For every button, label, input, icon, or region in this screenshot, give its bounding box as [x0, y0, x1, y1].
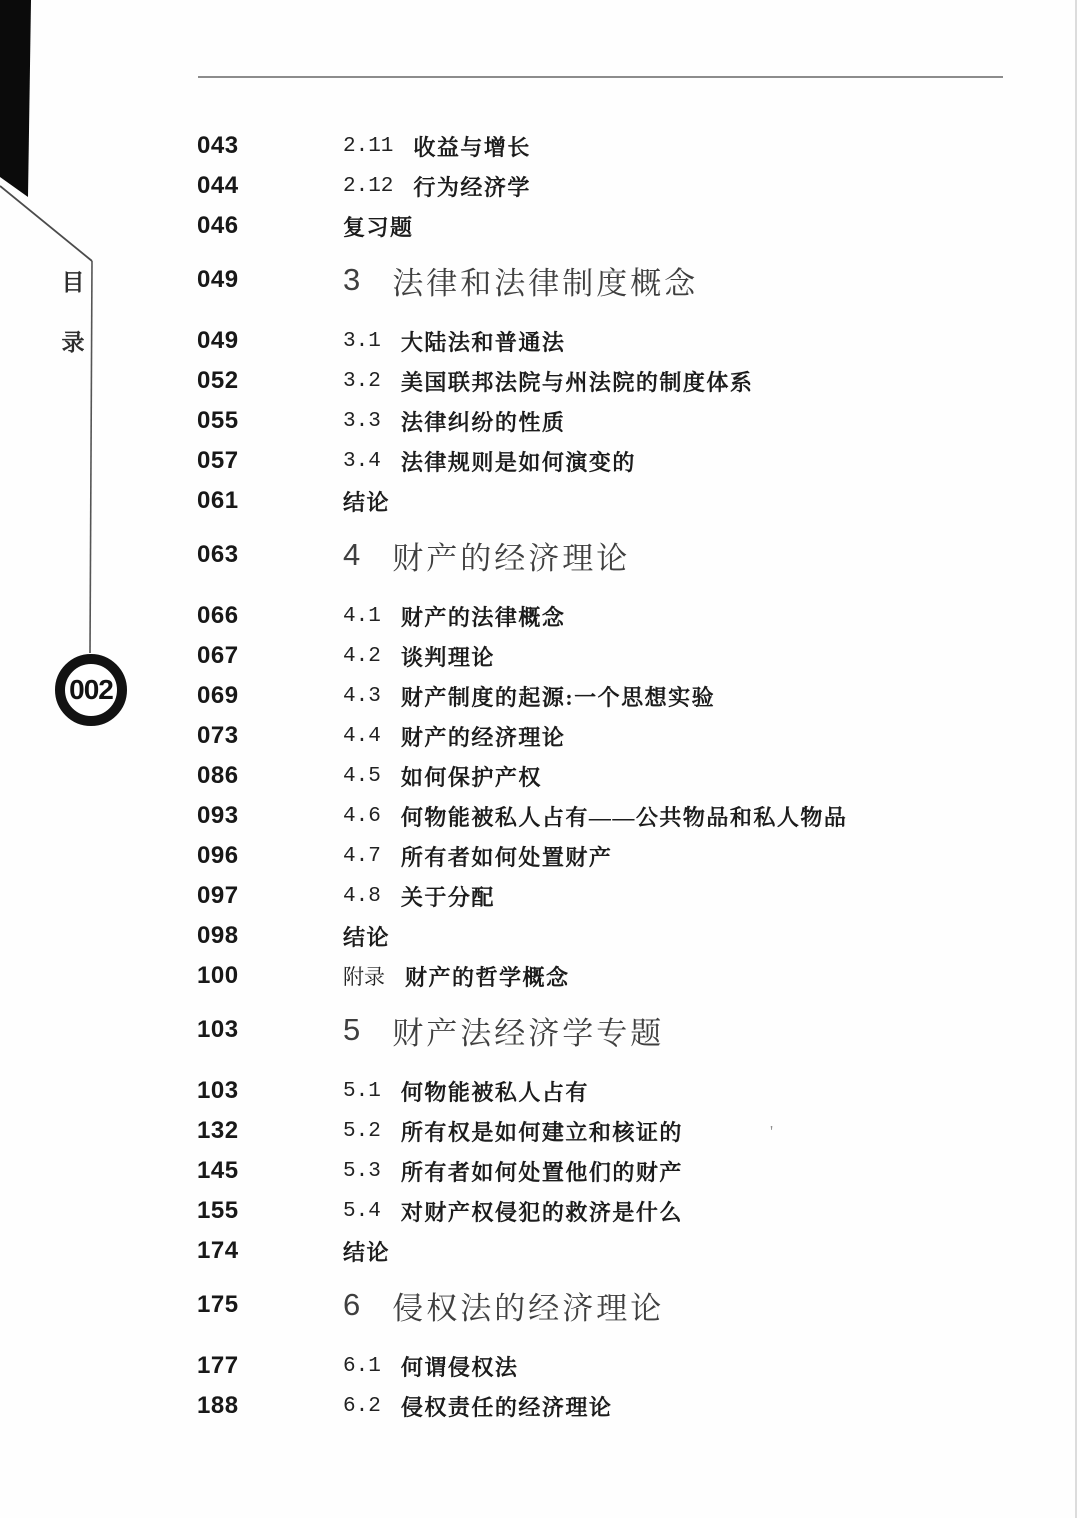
- toc-section-number: 5.4: [343, 1200, 381, 1223]
- toc-section-title: 法律规则是如何演变的: [401, 446, 636, 477]
- toc-row: 100 附录 财产的哲学概念: [0, 956, 1080, 996]
- toc-page-number: 145: [197, 1157, 343, 1185]
- toc-row: 066 4.1 财产的法律概念: [0, 596, 1080, 636]
- toc-section-number: 4.5: [343, 765, 381, 788]
- toc-section-number: 4.1: [343, 605, 381, 628]
- toc-list: 043 2.11 收益与增长 044 2.12 行为经济学 046 复习题 04…: [0, 126, 1080, 1426]
- top-rule: [198, 76, 1003, 78]
- toc-section-number: 3: [343, 262, 360, 298]
- toc-row: 098 结论: [0, 916, 1080, 956]
- toc-section-title: 所有者如何处置财产: [401, 841, 613, 872]
- toc-row: 174 结论: [0, 1231, 1080, 1271]
- toc-page-number: 044: [197, 172, 343, 200]
- toc-page-number: 100: [197, 962, 343, 990]
- toc-row: 061 结论: [0, 481, 1080, 521]
- toc-row: 044 2.12 行为经济学: [0, 166, 1080, 206]
- toc-row: 103 5 财产法经济学专题: [0, 1002, 1080, 1058]
- toc-page-number: 057: [197, 447, 343, 475]
- toc-page-number: 093: [197, 802, 343, 830]
- toc-section-title: 大陆法和普通法: [401, 326, 566, 357]
- toc-row: 097 4.8 关于分配: [0, 876, 1080, 916]
- toc-section-number: 3.3: [343, 410, 381, 433]
- toc-row: 155 5.4 对财产权侵犯的救济是什么: [0, 1191, 1080, 1231]
- toc-section-number: 附录: [343, 961, 385, 991]
- toc-row: 046 复习题: [0, 206, 1080, 246]
- toc-section-title: 关于分配: [401, 881, 495, 912]
- toc-row: 052 3.2 美国联邦法院与州法院的制度体系: [0, 361, 1080, 401]
- toc-row: 049 3 法律和法律制度概念: [0, 252, 1080, 308]
- toc-section-number: 3.1: [343, 330, 381, 353]
- toc-section-number: 4.6: [343, 805, 381, 828]
- toc-page-number: 086: [197, 762, 343, 790]
- toc-row: 177 6.1 何谓侵权法: [0, 1346, 1080, 1386]
- toc-page-number: 103: [197, 1016, 343, 1044]
- toc-page-number: 096: [197, 842, 343, 870]
- toc-row: 096 4.7 所有者如何处置财产: [0, 836, 1080, 876]
- toc-page-number: 049: [197, 266, 343, 294]
- toc-section-number: 4.7: [343, 845, 381, 868]
- toc-page-number: 097: [197, 882, 343, 910]
- toc-section-number: 4.2: [343, 645, 381, 668]
- toc-section-number: 4.8: [343, 885, 381, 908]
- toc-page-number: 063: [197, 541, 343, 569]
- toc-section-title: 财产制度的起源:一个思想实验: [401, 681, 715, 712]
- toc-page-number: 188: [197, 1392, 343, 1420]
- toc-page-number: 132: [197, 1117, 343, 1145]
- toc-section-number: 6: [343, 1287, 360, 1323]
- toc-row: 049 3.1 大陆法和普通法: [0, 321, 1080, 361]
- toc-section-title: 财产的法律概念: [401, 601, 566, 632]
- toc-page-number: 174: [197, 1237, 343, 1265]
- toc-section-number: 5.1: [343, 1080, 381, 1103]
- toc-section-title: 行为经济学: [413, 171, 531, 202]
- toc-section-title: 收益与增长: [413, 131, 531, 162]
- toc-page-number: 052: [197, 367, 343, 395]
- toc-section-title: 复习题: [343, 211, 414, 242]
- toc-page-number: 177: [197, 1352, 343, 1380]
- toc-row: 175 6 侵权法的经济理论: [0, 1277, 1080, 1333]
- toc-page-number: 073: [197, 722, 343, 750]
- toc-row: 043 2.11 收益与增长: [0, 126, 1080, 166]
- toc-section-title: 所有权是如何建立和核证的: [401, 1116, 683, 1147]
- toc-row: 093 4.6 何物能被私人占有——公共物品和私人物品: [0, 796, 1080, 836]
- toc-section-title: 结论: [343, 921, 390, 952]
- toc-section-number: 2.12: [343, 175, 393, 198]
- toc-page-number: 175: [197, 1291, 343, 1319]
- toc-page-number: 155: [197, 1197, 343, 1225]
- toc-section-number: 6.1: [343, 1355, 381, 1378]
- toc-section-number: 5.2: [343, 1120, 381, 1143]
- toc-section-title: 财产法经济学专题: [392, 1008, 664, 1053]
- toc-section-title: 法律和法律制度概念: [392, 258, 698, 303]
- toc-section-title: 财产的经济理论: [392, 533, 630, 578]
- toc-section-title: 侵权责任的经济理论: [401, 1391, 613, 1422]
- toc-row: 057 3.4 法律规则是如何演变的: [0, 441, 1080, 481]
- toc-section-title: 结论: [343, 1236, 390, 1267]
- toc-row: 063 4 财产的经济理论: [0, 527, 1080, 583]
- toc-section-title: 如何保护产权: [401, 761, 542, 792]
- book-page: 目 录 002 043 2.11 收益与增长 044 2.12 行为经济学 04…: [0, 0, 1080, 1518]
- toc-page-number: 061: [197, 487, 343, 515]
- toc-row: 073 4.4 财产的经济理论: [0, 716, 1080, 756]
- toc-section-number: 6.2: [343, 1395, 381, 1418]
- toc-page-number: 046: [197, 212, 343, 240]
- toc-row: 188 6.2 侵权责任的经济理论: [0, 1386, 1080, 1426]
- toc-section-title: 谈判理论: [401, 641, 495, 672]
- toc-row: 067 4.2 谈判理论: [0, 636, 1080, 676]
- toc-section-number: 5.3: [343, 1160, 381, 1183]
- toc-section-title: 财产的经济理论: [401, 721, 566, 752]
- toc-page-number: 103: [197, 1077, 343, 1105]
- toc-section-title: 何物能被私人占有: [401, 1076, 589, 1107]
- toc-row: 103 5.1 何物能被私人占有: [0, 1071, 1080, 1111]
- toc-section-title: 法律纠纷的性质: [401, 406, 566, 437]
- toc-section-number: 3.2: [343, 370, 381, 393]
- toc-section-title: 何谓侵权法: [401, 1351, 519, 1382]
- toc-section-title: 财产的哲学概念: [405, 961, 570, 992]
- toc-section-number: 4: [343, 537, 360, 573]
- toc-section-title: 何物能被私人占有——公共物品和私人物品: [401, 801, 848, 832]
- toc-page-number: 069: [197, 682, 343, 710]
- toc-section-title: 美国联邦法院与州法院的制度体系: [401, 366, 754, 397]
- toc-row: 132 5.2 所有权是如何建立和核证的: [0, 1111, 1080, 1151]
- toc-page-number: 043: [197, 132, 343, 160]
- toc-section-title: 侵权法的经济理论: [392, 1283, 664, 1328]
- toc-row: 145 5.3 所有者如何处置他们的财产: [0, 1151, 1080, 1191]
- toc-section-number: 4.4: [343, 725, 381, 748]
- toc-page-number: 066: [197, 602, 343, 630]
- toc-section-title: 所有者如何处置他们的财产: [401, 1156, 683, 1187]
- toc-page-number: 049: [197, 327, 343, 355]
- toc-page-number: 067: [197, 642, 343, 670]
- toc-section-number: 5: [343, 1012, 360, 1048]
- toc-section-number: 4.3: [343, 685, 381, 708]
- toc-row: 086 4.5 如何保护产权: [0, 756, 1080, 796]
- toc-row: 055 3.3 法律纠纷的性质: [0, 401, 1080, 441]
- toc-section-title: 对财产权侵犯的救济是什么: [401, 1196, 683, 1227]
- toc-page-number: 055: [197, 407, 343, 435]
- toc-page-number: 098: [197, 922, 343, 950]
- scan-artifact: ': [770, 1122, 773, 1142]
- toc-section-number: 3.4: [343, 450, 381, 473]
- toc-section-title: 结论: [343, 486, 390, 517]
- toc-row: 069 4.3 财产制度的起源:一个思想实验: [0, 676, 1080, 716]
- toc-section-number: 2.11: [343, 135, 393, 158]
